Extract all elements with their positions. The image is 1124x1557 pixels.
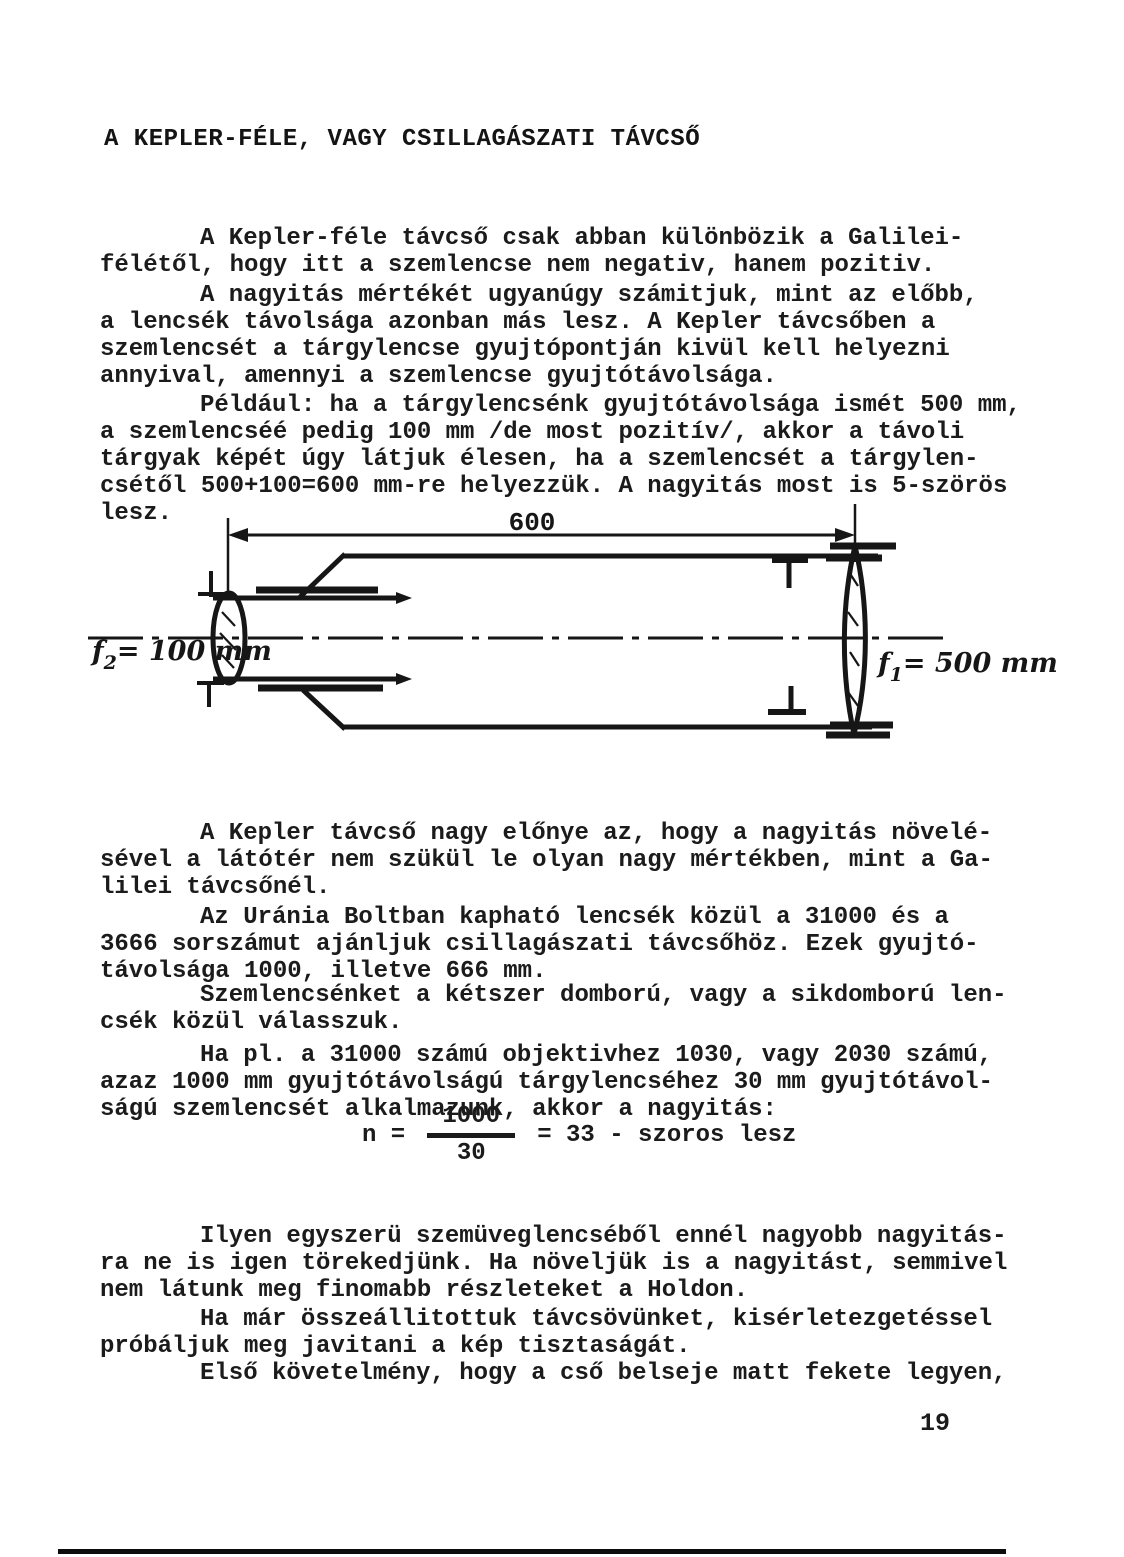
eyepiece-focal-length-label: f2= 100 mm (90, 636, 272, 674)
paragraph: A Kepler-féle távcső csak abban különböz… (100, 225, 1060, 279)
paragraph: A nagyitás mértékét ugyanúgy számitjuk, … (100, 282, 1060, 390)
formula-rhs: = 33 - szoros lesz (537, 1123, 796, 1149)
paragraph: A Kepler távcső nagy előnye az, hogy a n… (100, 820, 1060, 901)
telescope-diagram: 600 (0, 500, 1124, 770)
magnification-formula: n = 1000 30 = 33 - szoros lesz (362, 1104, 796, 1167)
objective-focal-length-label: f1= 500 mm (876, 648, 1058, 686)
formula-lhs: n = (362, 1123, 405, 1149)
paragraph: Ha már összeállitottuk távcsövünket, kis… (100, 1306, 1060, 1360)
scanned-document-page: A KEPLER-FÉLE, VAGY CSILLAGÁSZATI TÁVCSŐ… (0, 0, 1124, 1557)
formula-numerator: 1000 (442, 1104, 500, 1130)
formula-fraction: 1000 30 (427, 1104, 515, 1167)
paragraph: Szemlencsénket a kétszer domború, vagy a… (100, 982, 1060, 1036)
formula-denominator: 30 (457, 1141, 486, 1167)
page-number: 19 (920, 1410, 950, 1437)
dimension-line: 600 (228, 504, 855, 600)
objective-lens (826, 546, 896, 735)
page-title: A KEPLER-FÉLE, VAGY CSILLAGÁSZATI TÁVCSŐ (104, 126, 700, 153)
paragraph: Az Uránia Boltban kapható lencsék közül … (100, 904, 1060, 985)
fraction-bar (427, 1133, 515, 1138)
paragraph: Első követelmény, hogy a cső belseje mat… (100, 1360, 1060, 1387)
dimension-label: 600 (509, 508, 556, 538)
scan-artifact-line (58, 1549, 1006, 1554)
perpendicular-marks (768, 560, 808, 712)
paragraph: Ilyen egyszerü szemüveglencséből ennél n… (100, 1223, 1060, 1304)
